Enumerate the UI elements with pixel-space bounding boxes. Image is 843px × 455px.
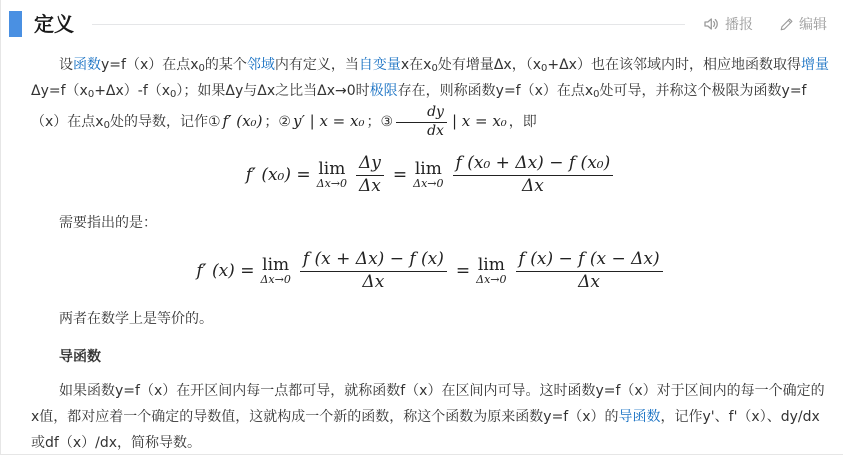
edit-label: 编辑 <box>799 14 827 34</box>
math-run: f′ (x) = <box>196 261 254 281</box>
term-link[interactable]: 极限 <box>370 83 398 99</box>
fraction: f (x₀ + Δx) − f (x₀)Δx <box>453 153 614 197</box>
paragraph-note: 需要指出的是： <box>31 210 831 236</box>
fraction-numerator: f (x + Δx) − f (x) <box>300 249 447 271</box>
limit-operator: limΔx→0 <box>476 256 506 287</box>
text-run: 的某个 <box>205 57 247 73</box>
text-run: ）；如果Δy与Δx之比当Δx→0时 <box>176 83 369 99</box>
speaker-icon <box>703 16 720 32</box>
limit-under: Δx→0 <box>476 274 506 286</box>
fraction: dydx <box>396 104 447 140</box>
text-run: +Δx）也在该邻域内时，相应地函数取得 <box>547 57 801 73</box>
section-title-marker <box>9 11 22 37</box>
fraction-numerator: f (x) − f (x − Δx) <box>516 249 663 271</box>
text-run: ，即 <box>509 114 537 130</box>
text-run: 处的导数，记作① <box>110 114 221 130</box>
text-run: y=f（x）在点x <box>101 57 199 73</box>
section-actions: 播报 编辑 <box>703 14 827 34</box>
play-label: 播报 <box>725 14 753 34</box>
math-run: f′ (x₀) <box>221 112 265 130</box>
play-button[interactable]: 播报 <box>703 14 753 34</box>
fraction-numerator: dy <box>396 104 447 123</box>
section-body: 设函数y=f（x）在点x0的某个邻域内有定义，当自变量x在x0处有增量Δx，（x… <box>1 40 843 455</box>
text-run: 设 <box>59 57 73 73</box>
text-run: ；③ <box>367 114 394 130</box>
text-run: 内有定义，当 <box>275 57 359 73</box>
fraction-denominator: Δx <box>522 176 544 197</box>
term-link[interactable]: 增量 <box>801 57 829 73</box>
text-run: 处有增量Δx，（x <box>438 57 541 73</box>
limit-under: Δx→0 <box>317 178 347 190</box>
formula-equivalent-forms: f′ (x) =limΔx→0f (x + Δx) − f (x)Δx=limΔ… <box>31 244 831 298</box>
limit-word: lim <box>318 160 345 179</box>
limit-word: lim <box>415 160 442 179</box>
formula-derivative-at-point: f′ (x₀) =limΔx→0ΔyΔx=limΔx→0f (x₀ + Δx) … <box>31 148 831 202</box>
edit-button[interactable]: 编辑 <box>779 14 827 34</box>
limit-word: lim <box>262 256 289 275</box>
fraction-denominator: dx <box>399 123 444 141</box>
section-title: 定义 <box>34 11 74 37</box>
math-run: = <box>393 165 407 185</box>
term-link[interactable]: 自变量 <box>359 57 401 73</box>
fraction-numerator: f (x₀ + Δx) − f (x₀) <box>453 153 614 175</box>
section-header: 定义 播报 编辑 <box>1 0 843 40</box>
text-run: 存在，则称函数y=f（x）在点x <box>398 83 594 99</box>
fraction: ΔyΔx <box>356 153 384 197</box>
fraction-denominator: Δx <box>359 176 381 197</box>
text-run: +Δx）-f（x <box>94 83 170 99</box>
math-run: y′ | x = x₀ <box>291 112 367 130</box>
term-link[interactable]: 邻域 <box>247 57 275 73</box>
fraction-denominator: Δx <box>362 272 384 293</box>
fraction-denominator: Δx <box>578 272 600 293</box>
fraction: f (x + Δx) − f (x)Δx <box>300 249 447 293</box>
limit-under: Δx→0 <box>413 178 443 190</box>
article-section-card: 定义 播报 编辑 设函数y=f（x）在点x0的某个邻域内有定义，当自变量x在x <box>0 0 843 455</box>
pencil-icon <box>779 17 794 32</box>
limit-operator: limΔx→0 <box>317 160 347 191</box>
term-link[interactable]: 函数 <box>73 57 101 73</box>
math-run: = <box>456 261 470 281</box>
section-divider-line <box>92 24 685 25</box>
limit-under: Δx→0 <box>260 274 290 286</box>
fraction-numerator: Δy <box>356 153 384 175</box>
paragraph-definition: 设函数y=f（x）在点x0的某个邻域内有定义，当自变量x在x0处有增量Δx，（x… <box>31 52 831 140</box>
limit-word: lim <box>478 256 505 275</box>
text-run: ；② <box>264 114 291 130</box>
limit-operator: limΔx→0 <box>413 160 443 191</box>
math-run: f′ (x₀) = <box>246 165 311 185</box>
fraction: f (x) − f (x − Δx)Δx <box>516 249 663 293</box>
text-run: x在x <box>401 57 432 73</box>
paragraph-derived-function: 如果函数y=f（x）在开区间内每一点都可导，就称函数f（x）在区间内可导。这时函… <box>31 378 831 455</box>
subheading-derived-function: 导函数 <box>31 344 831 370</box>
limit-operator: limΔx→0 <box>260 256 290 287</box>
text-run: Δy=f（x <box>31 83 88 99</box>
paragraph-equivalence: 两者在数学上是等价的。 <box>31 306 831 332</box>
term-link[interactable]: 导函数 <box>619 409 661 425</box>
math-run: | x = x₀ <box>450 112 509 130</box>
